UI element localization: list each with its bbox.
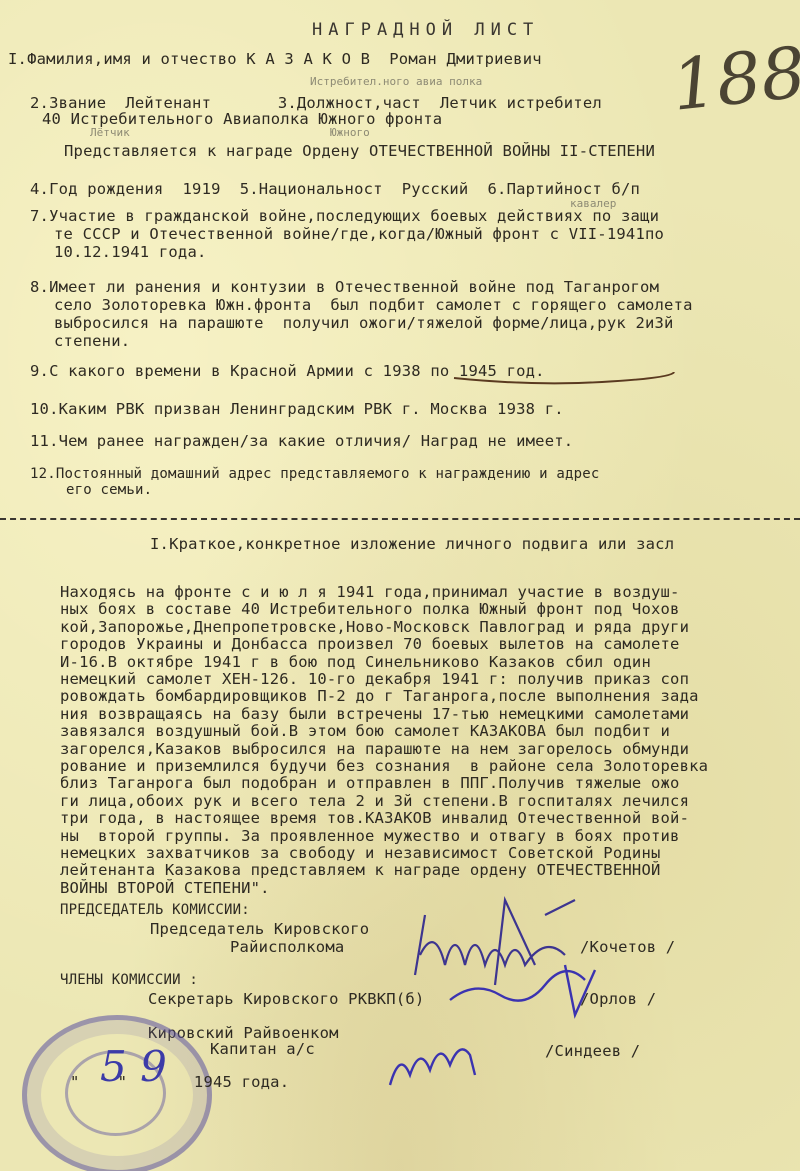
award-recommendation: Представляется к награде Ордену ОТЕЧЕСТВ… (64, 142, 655, 160)
handwritten-underline (452, 372, 677, 386)
field-full-name: I.Фамилия,имя и отчество К А З А К О В Р… (8, 50, 542, 68)
members-heading: ЧЛЕНЫ КОМИССИИ : (60, 972, 198, 988)
field-home-address-1: 12.Постоянный домашний адрес представляе… (30, 466, 600, 482)
feat-description-line: ных боях в составе 40 Истребительного по… (60, 600, 680, 618)
feat-description-line: ровождать бомбардировщиков П-2 до г Тага… (60, 687, 699, 705)
member2-name: /Синдеев / (545, 1042, 640, 1060)
faint-overlay-text: Истребител.ного авиа полка (310, 75, 482, 88)
feat-description-line: ги лица,обоих рук и всего тела 2 и 3й ст… (60, 792, 689, 810)
document-title: НАГРАДНОЙ ЛИСТ (312, 20, 539, 40)
feat-description-line: Находясь на фронте с и ю л я 1941 года,п… (60, 583, 680, 601)
feat-description-line: рование и приземлился будучи без сознани… (60, 757, 708, 775)
faint-overlay-text: Южного (330, 126, 370, 139)
chair-heading: ПРЕДСЕДАТЕЛЬ КОМИССИИ: (60, 902, 250, 918)
feat-description-line: ны второй группы. За проявленное мужеств… (60, 827, 680, 845)
chair-title-1: Председатель Кировского (150, 920, 369, 938)
faint-overlay-text: Лётчик (90, 126, 130, 139)
member2-title-2: Капитан а/с (210, 1040, 315, 1058)
member1-signature (445, 960, 615, 1020)
feat-description-line: ВОЙНЫ ВТОРОЙ СТЕПЕНИ". (60, 879, 270, 897)
field-war-participation-3: 10.12.1941 года. (54, 243, 207, 261)
field-war-participation-2: те СССР и Отечественной войне/где,когда/… (54, 225, 664, 243)
feat-description-line: загорелся,Казаков выбросился на парашюте… (60, 740, 689, 758)
field-conscription: 10.Каким РВК призван Ленинградским РВК г… (30, 400, 564, 418)
member2-signature (385, 1030, 495, 1095)
feat-description-line: И-16.В октябре 1941 г в бою под Синельни… (60, 653, 651, 671)
field-wounds-3: выбросился на парашюте получил ожоги/тяж… (54, 314, 674, 332)
date-handwritten: 5 9 (100, 1042, 167, 1091)
feat-description-line: немецких захватчиков за свободу и незави… (60, 844, 661, 862)
official-stamp (22, 1015, 212, 1171)
field-wounds-1: 8.Имеет ли ранения и контузии в Отечеств… (30, 278, 659, 296)
feat-description-line: завязался воздушный бой.В этом бою самол… (60, 722, 670, 740)
feat-description-line: лейтенанта Казакова представляем к награ… (60, 861, 661, 879)
field-previous-awards: 11.Чем ранее награжден/за какие отличия/… (30, 432, 573, 450)
field-wounds-2: село Золоторевка Южн.фронта был подбит с… (54, 296, 693, 314)
field-wounds-4: степени. (54, 332, 130, 350)
feat-description-line: близ Таганрога был подобран и отправлен … (60, 774, 680, 792)
member1-title: Секретарь Кировского РКВКП(б) (148, 990, 424, 1008)
section2-heading: I.Краткое,конкретное изложение личного п… (150, 535, 674, 553)
feat-description-line: три года, в настоящее время тов.КАЗАКОВ … (60, 809, 689, 827)
chair-title-2: Райисполкома (230, 938, 344, 956)
feat-description-line: ния возвращаясь на базу были встречены 1… (60, 705, 689, 723)
feat-description-line: городов Украины и Донбасса произвел 70 б… (60, 635, 680, 653)
field-birth-nationality-party: 4.Год рождения 1919 5.Национальност Русс… (30, 180, 640, 198)
award-sheet-document: НАГРАДНОЙ ЛИСТ 188 I.Фамилия,имя и отчес… (0, 0, 800, 1171)
section-divider (0, 518, 800, 520)
field-war-participation-1: 7.Участие в гражданской войне,последующи… (30, 207, 659, 225)
feat-description-line: кой,Запорожье,Днепропетровске,Ново-Моско… (60, 618, 689, 636)
feat-description-line: немецкий самолет ХЕН-126. 10-го декабря … (60, 670, 689, 688)
field-home-address-2: его семьи. (66, 482, 152, 498)
handwritten-sheet-number: 188 (668, 31, 800, 127)
